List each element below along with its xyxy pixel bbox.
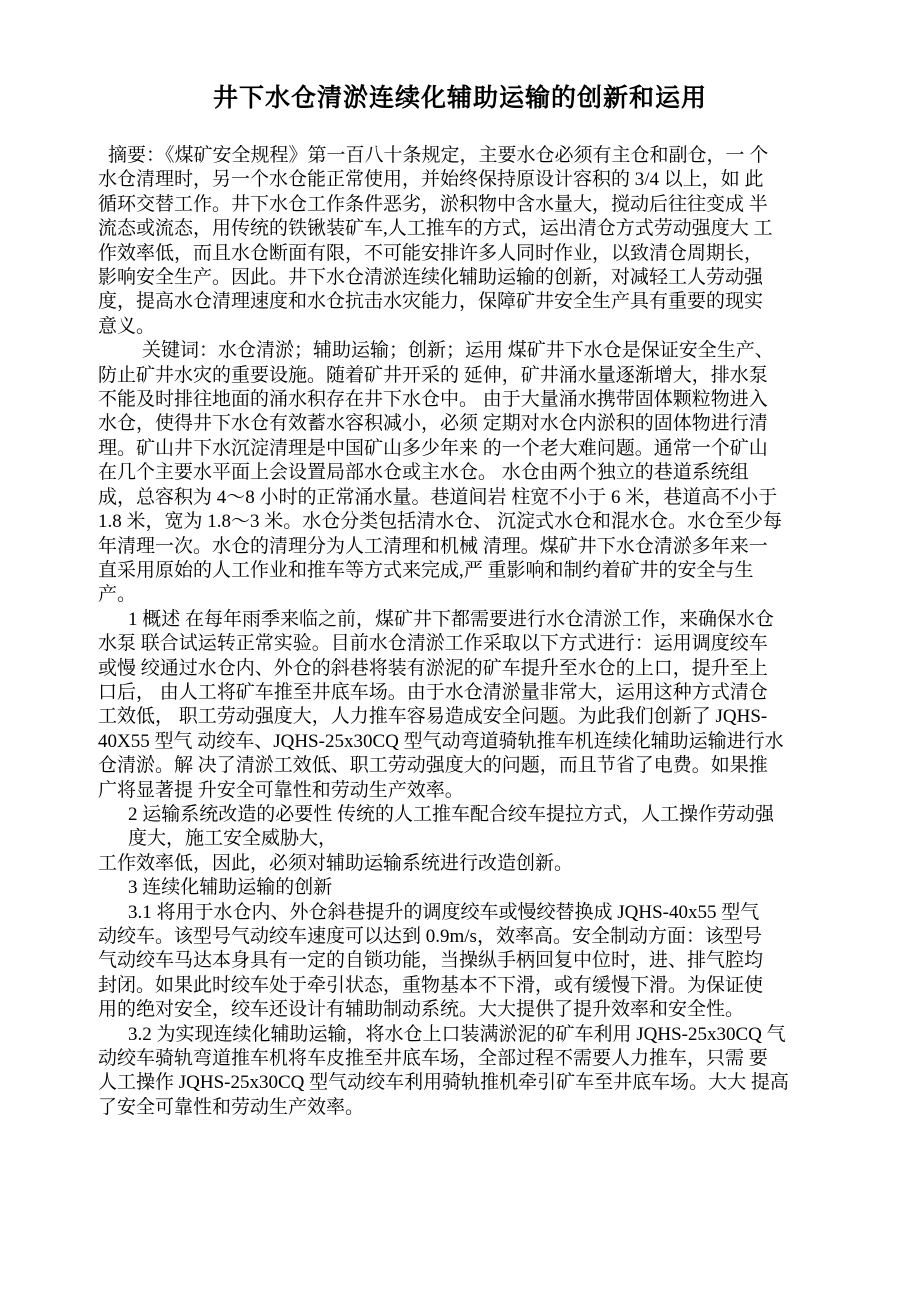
text-line: 3.2 为实现连续化辅助运输，将水仓上口装满淤泥的矿车利用 JQHS-25x30… bbox=[98, 1023, 824, 1047]
text-line: 了安全可靠性和劳动生产效率。 bbox=[98, 1096, 824, 1120]
text-line: 用的绝对安全，绞车还设计有辅助制动系统。大大提供了提升效率和安全性。 bbox=[98, 998, 824, 1022]
text-line: 产。 bbox=[98, 583, 824, 607]
text-line: 1 概述 在每年雨季来临之前，煤矿井下都需要进行水仓清淤工作，来确保水仓 bbox=[98, 608, 824, 632]
text-line: 流态或流态，用传统的铁锹装矿车,人工推车的方式，运出清仓方式劳动强度大 工 bbox=[98, 217, 824, 241]
text-line: 1.8 米，宽为 1.8〜3 米。水仓分类包括清水仓、 沉淀式水仓和混水仓。水仓… bbox=[98, 510, 824, 534]
text-line: 口后， 由人工将矿车推至井底车场。由于水仓清淤量非常大，运用这种方式清仓 bbox=[98, 681, 824, 705]
text-line: 广将显著提 升安全可靠性和劳动生产效率。 bbox=[98, 779, 824, 803]
document-body: 摘要：《煤矿安全规程》第一百八十条规定，主要水仓必须有主仓和副仓，一 个 水仓清… bbox=[98, 144, 824, 1120]
text-line: 直采用原始的人工作业和推车等方式来完成,严 重影响和制约着矿井的安全与生 bbox=[98, 559, 824, 583]
text-line: 水泵 联合试运转正常实验。目前水仓清淤工作采取以下方式进行：运用调度绞车 bbox=[98, 632, 824, 656]
text-line: 防止矿井水灾的重要设施。随着矿井开采的 延伸，矿井涌水量逐渐增大，排水泵 bbox=[98, 364, 824, 388]
text-line: 工效低， 职工劳动强度大，人力推车容易造成安全问题。为此我们创新了 JQHS- bbox=[98, 705, 824, 729]
text-line: 2 运输系统改造的必要性 传统的人工推车配合绞车提拉方式，人工操作劳动强 bbox=[98, 803, 824, 827]
text-line: 3 连续化辅助运输的创新 bbox=[98, 876, 824, 900]
text-line: 年清理一次。水仓的清理分为人工清理和机械 清理。煤矿井下水仓清淤多年来一 bbox=[98, 535, 824, 559]
text-line: 工作效率低，因此，必须对辅助运输系统进行改造创新。 bbox=[98, 852, 824, 876]
text-line: 或慢 绞通过水仓内、外仓的斜巷将装有淤泥的矿车提升至水仓的上口，提升至上 bbox=[98, 657, 824, 681]
text-line: 理。矿山井下水沉淀清理是中国矿山多少年来 的一个老大难问题。通常一个矿山 bbox=[98, 437, 824, 461]
text-line: 循环交替工作。井下水仓工作条件恶劣，淤积物中含水量大，搅动后往往变成 半 bbox=[98, 193, 824, 217]
text-line: 人工操作 JQHS-25x30CQ 型气动绞车利用骑轨推机牵引矿车至井底车场。大… bbox=[98, 1071, 824, 1095]
text-line: 动绞车。该型号气动绞车速度可以达到 0.9m/s，效率高。安全制动方面：该型号 bbox=[98, 925, 824, 949]
text-line: 度，提高水仓清理速度和水仓抗击水灾能力，保障矿井安全生产具有重要的现实 bbox=[98, 290, 824, 314]
document-page: 井下水仓清淤连续化辅助运输的创新和运用 摘要：《煤矿安全规程》第一百八十条规定，… bbox=[0, 0, 920, 1302]
text-line: 40X55 型气 动绞车、JQHS-25x30CQ 型气动弯道骑轨推车机连续化辅… bbox=[98, 730, 824, 754]
text-line: 气动绞车马达本身具有一定的自锁功能，当操纵手柄回复中位时，进、排气腔均 bbox=[98, 949, 824, 973]
document-title: 井下水仓清淤连续化辅助运输的创新和运用 bbox=[0, 0, 920, 114]
text-line: 动绞车骑轨弯道推车机将车皮推至井底车场，全部过程不需要人力推车，只需 要 bbox=[98, 1047, 824, 1071]
text-line: 不能及时排往地面的涌水积存在井下水仓中。 由于大量涌水携带固体颗粒物进入 bbox=[98, 388, 824, 412]
text-line: 影响安全生产。因此。井下水仓清淤连续化辅助运输的创新，对减轻工人劳动强 bbox=[98, 266, 824, 290]
text-line: 封闭。如果此时绞车处于牵引状态，重物基本不下滑，或有缓慢下滑。为保证使 bbox=[98, 974, 824, 998]
text-line: 作效率低，而且水仓断面有限，不可能安排许多人同时作业，以致清仓周期长， bbox=[98, 242, 824, 266]
text-line: 意义。 bbox=[98, 315, 824, 339]
text-line: 度大，施工安全威胁大， bbox=[98, 827, 824, 851]
text-line: 关键词：水仓清淤；辅助运输；创新；运用 煤矿井下水仓是保证安全生产、 bbox=[98, 339, 824, 363]
text-line: 在几个主要水平面上会设置局部水仓或主水仓。 水仓由两个独立的巷道系统组 bbox=[98, 461, 824, 485]
text-line: 摘要：《煤矿安全规程》第一百八十条规定，主要水仓必须有主仓和副仓，一 个 bbox=[98, 144, 824, 168]
text-line: 3.1 将用于水仓内、外仓斜巷提升的调度绞车或慢绞替换成 JQHS-40x55 … bbox=[98, 901, 824, 925]
text-line: 仓清淤。解 决了清淤工效低、职工劳动强度大的问题，而且节省了电费。如果推 bbox=[98, 754, 824, 778]
text-line: 水仓清理时，另一个水仓能正常使用，并始终保持原设计容积的 3/4 以上，如 此 bbox=[98, 168, 824, 192]
text-line: 水仓，使得井下水仓有效蓄水容积减小，必须 定期对水仓内淤积的固体物进行清 bbox=[98, 412, 824, 436]
text-line: 成，总容积为 4〜8 小时的正常涌水量。巷道间岩 柱宽不小于 6 米，巷道高不小… bbox=[98, 486, 824, 510]
